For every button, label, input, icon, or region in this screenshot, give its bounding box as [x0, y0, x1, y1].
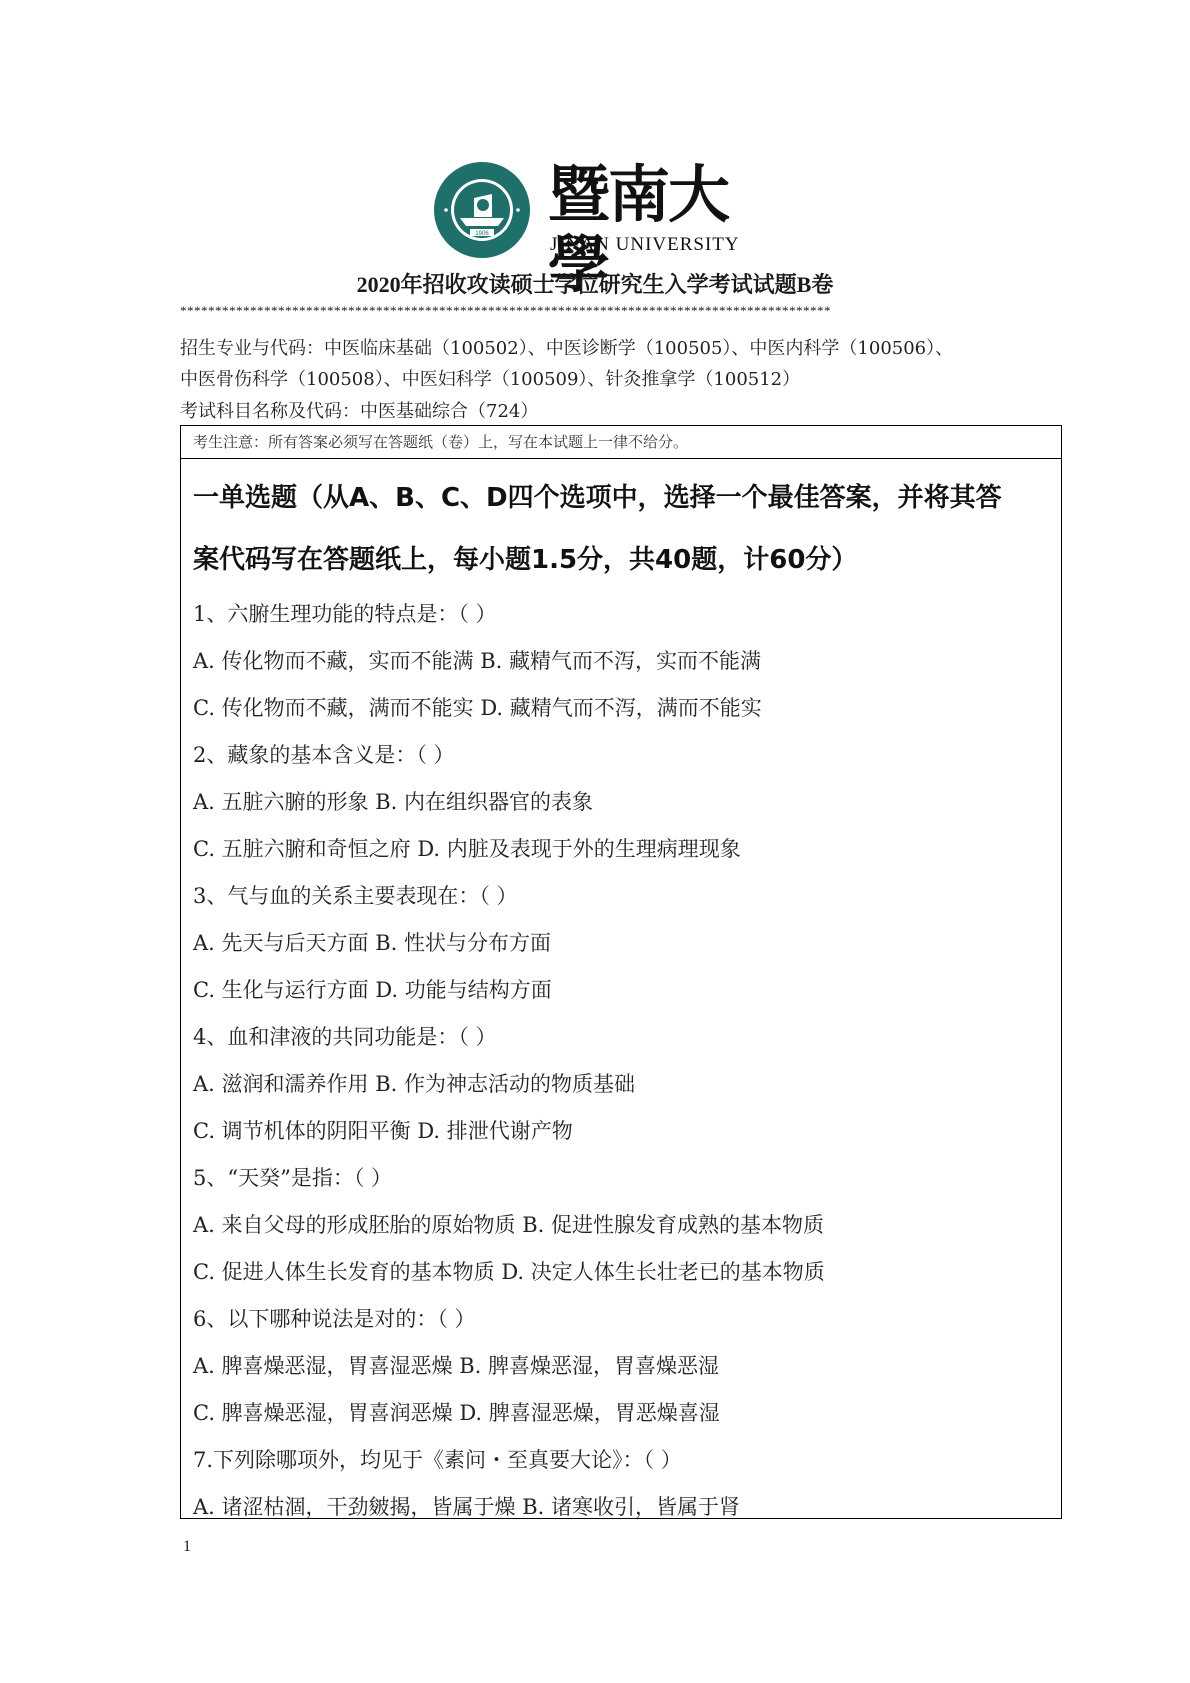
- option-line: A. 先天与后天方面 B. 性状与分布方面: [181, 920, 1061, 967]
- option-line: A. 传化物而不藏，实而不能满 B. 藏精气而不泻，实而不能满: [181, 638, 1061, 685]
- majors-line-2: 中医骨伤科学（100508）、中医妇科学（100509）、针灸推拿学（10051…: [180, 365, 800, 391]
- question-box: 考生注意：所有答案必须写在答题纸（卷）上，写在本试题上一律不给分。 一单选题（从…: [180, 425, 1062, 1519]
- option-line: C. 脾喜燥恶湿，胃喜润恶燥 D. 脾喜湿恶燥，胃恶燥喜湿: [181, 1390, 1061, 1437]
- option-line: A. 五脏六腑的形象 B. 内在组织器官的表象: [181, 779, 1061, 826]
- university-wordmark: 暨南大學 JINAN UNIVERSITY: [548, 160, 768, 260]
- section-heading: 一单选题（从A、B、C、D四个选项中，选择一个最佳答案，并将其答 案代码写在答题…: [181, 459, 1061, 591]
- seal-icon: 1906: [432, 160, 532, 260]
- majors-line-1: 招生专业与代码：中医临床基础（100502）、中医诊断学（100505）、中医内…: [180, 334, 953, 360]
- section-heading-line-1: 一单选题（从A、B、C、D四个选项中，选择一个最佳答案，并将其答: [193, 467, 1061, 529]
- option-line: A. 滋润和濡养作用 B. 作为神志活动的物质基础: [181, 1061, 1061, 1108]
- question-line: 3、气与血的关系主要表现在：（ ）: [181, 873, 1061, 920]
- exam-subject: 考试科目名称及代码：中医基础综合（724）: [180, 397, 538, 423]
- exam-title: 2020年招收攻读硕士学位研究生入学考试试题B卷: [0, 268, 1190, 299]
- option-line: A. 来自父母的形成胚胎的原始物质 B. 促进性腺发育成熟的基本物质: [181, 1202, 1061, 1249]
- section-heading-line-2: 案代码写在答题纸上，每小题1.5分，共40题，计60分）: [193, 529, 1061, 591]
- option-line: A. 诸涩枯涸，干劲皴揭，皆属于燥 B. 诸寒收引，皆属于肾: [181, 1484, 1061, 1531]
- page-number: 1: [183, 1538, 191, 1556]
- candidate-notice: 考生注意：所有答案必须写在答题纸（卷）上，写在本试题上一律不给分。: [181, 426, 1061, 459]
- question-line: 7.下列除哪项外，均见于《素问・至真要大论》：（ ）: [181, 1437, 1061, 1484]
- question-line: 1、六腑生理功能的特点是：（ ）: [181, 591, 1061, 638]
- option-line: C. 生化与运行方面 D. 功能与结构方面: [181, 967, 1061, 1014]
- option-line: C. 调节机体的阴阳平衡 D. 排泄代谢产物: [181, 1108, 1061, 1155]
- university-seal-logo: 1906: [432, 160, 532, 260]
- question-line: 6、以下哪种说法是对的：（ ）: [181, 1296, 1061, 1343]
- option-line: C. 五脏六腑和奇恒之府 D. 内脏及表现于外的生理病理现象: [181, 826, 1061, 873]
- option-line: A. 脾喜燥恶湿，胃喜湿恶燥 B. 脾喜燥恶湿，胃喜燥恶湿: [181, 1343, 1061, 1390]
- question-line: 4、血和津液的共同功能是：（ ）: [181, 1014, 1061, 1061]
- option-line: C. 传化物而不藏，满而不能实 D. 藏精气而不泻，满而不能实: [181, 685, 1061, 732]
- asterisk-separator: ****************************************…: [180, 303, 1010, 319]
- wordmark-english: JINAN UNIVERSITY: [550, 234, 740, 256]
- question-line: 2、藏象的基本含义是：（ ）: [181, 732, 1061, 779]
- question-line: 5、“天癸”是指：（ ）: [181, 1155, 1061, 1202]
- option-line: C. 促进人体生长发育的基本物质 D. 决定人体生长壮老已的基本物质: [181, 1249, 1061, 1296]
- svg-text:1906: 1906: [475, 231, 489, 237]
